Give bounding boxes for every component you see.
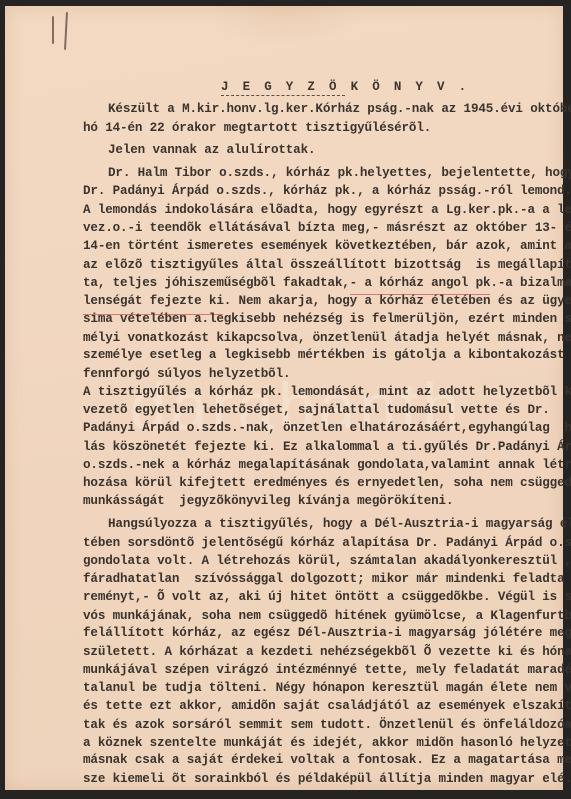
text-line: vez.o.-i teendõk ellátásával bízta meg,-… — [83, 220, 571, 236]
paper-fold-shadow — [205, 6, 365, 46]
text-line: tében sorsdöntõ jelentõségű kórház alapí… — [83, 535, 571, 551]
text-line: mélyi vonatkozást kikapcsolva, önzetlenü… — [83, 330, 571, 346]
text-line: reményt,- Õ volt az, aki új hitet öntött… — [83, 589, 571, 605]
text-line: a köznek szentelte munkáját és idejét, a… — [83, 735, 571, 751]
text-line: A tisztigyűlés a kórház pk. lemondását, … — [83, 384, 571, 400]
text-line: másnak csak a saját érdekei voltak a fon… — [83, 752, 571, 768]
document-title: J E G Y Z Ö K Ö N Y V . — [221, 80, 469, 94]
text-line: és tette ezt akkor, amidõn saját családj… — [83, 698, 571, 714]
text-line: tak és azok sorsáról semmit sem tudott. … — [83, 717, 571, 733]
text-line: fáradhatatlan szívóssággal dolgozott; mi… — [83, 571, 571, 587]
text-line: az elõzõ tisztigyűles által összeállítot… — [83, 257, 571, 273]
text-line: személye esetleg a legkisebb mértékben i… — [83, 347, 571, 363]
pen-mark-left — [52, 16, 54, 44]
text-line: talanul be tudja tölteni. Négy hónapon k… — [83, 680, 571, 696]
text-line: munkásságát jegyzõkönyvileg kívánja megö… — [83, 493, 453, 509]
text-line: felállított kórház, az egész Dél-Ausztri… — [83, 625, 571, 641]
text-line: ta, teljes jóhiszeműségbõl fakadtak,- a … — [83, 275, 571, 291]
text-line: Jelen vannak az alulírottak. — [108, 142, 315, 158]
text-line: gondolata volt. A létrehozás körül, szám… — [83, 553, 571, 569]
text-line: Dr. Halm Tibor o.szds., kórház pk.helyet… — [108, 165, 571, 181]
text-line: Hangsúlyozza a tisztigyűlés, hogy a Dél-… — [108, 516, 571, 532]
title-underline — [221, 95, 345, 96]
text-line: 14-en történt ismeretes események követk… — [83, 238, 571, 254]
text-line: Készült a M.kir.honv.lg.ker.Kórház pság.… — [108, 101, 571, 117]
text-line: Padányi Árpád o.szds.-nak, önzetlen elha… — [83, 420, 571, 436]
text-line: sze kiemeli õt sorainkból és példaképül … — [83, 771, 571, 787]
text-line: lenségát fejezte ki. Nem akarja, hogy a … — [83, 293, 571, 309]
pen-mark-right — [64, 12, 68, 50]
text-line: született. A kórházat a kezdeti nehézség… — [83, 644, 571, 660]
text-line: vezetõ egyetlen lehetõséget, sajnálattal… — [83, 402, 550, 418]
text-line: lás köszönetét fejezte ki. Ez alkalommal… — [83, 439, 571, 455]
text-line: hozása körül kifejtett eredményes és ern… — [83, 475, 571, 491]
text-line: sima vételében a.legkisebb nehézség is f… — [83, 311, 571, 327]
text-line: fennforgó súlyos helyzetbõl. — [83, 366, 290, 382]
text-line: Dr. Padányi Árpád o.szds., kórház pk., a… — [83, 183, 571, 199]
text-line: o.szds.-nek a kórház megalapításának gon… — [83, 457, 571, 473]
text-line: munkájával szépen virágzó intézménnyé te… — [83, 662, 571, 678]
text-line: hó 14-én 22 órakor megtartott tisztigyűl… — [83, 120, 431, 136]
text-line: vós munkájának, soha nem csüggedõ hiténe… — [83, 608, 571, 624]
text-line: A lemondás indokolására elõadta, hogy eg… — [83, 202, 571, 218]
